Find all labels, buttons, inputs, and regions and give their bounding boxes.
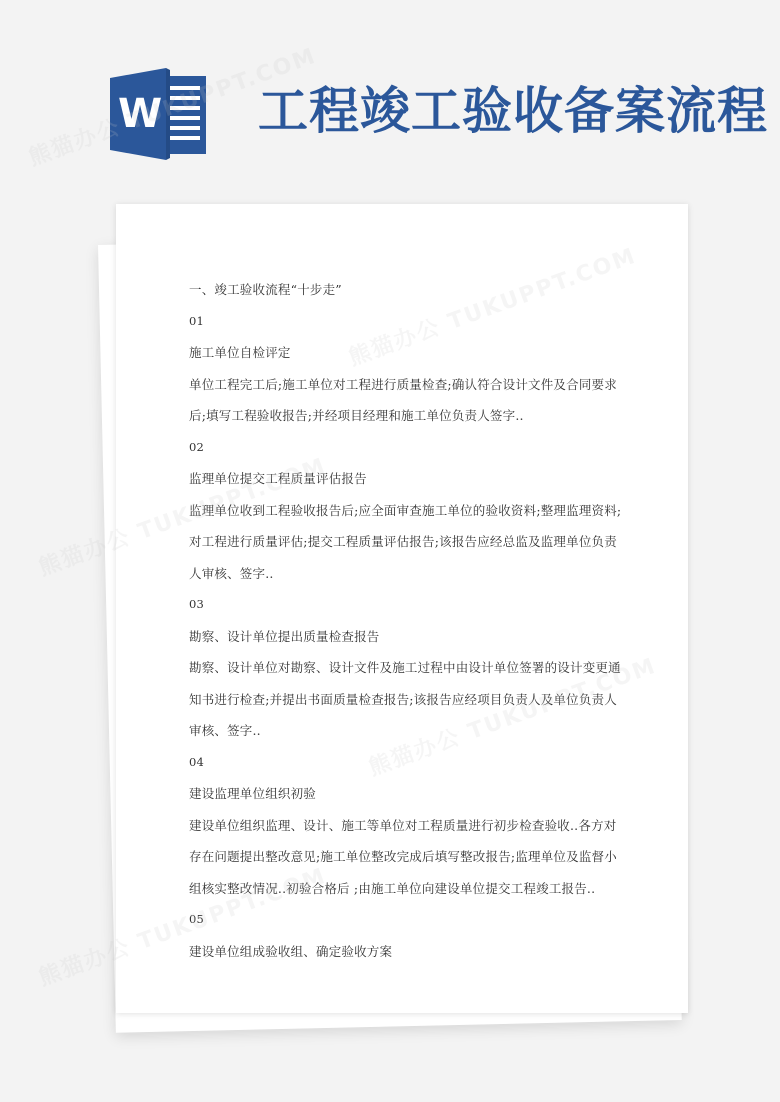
step-number: 04: [189, 747, 639, 779]
step-title: 勘察、设计单位提出质量检查报告: [189, 621, 639, 653]
section-heading: 一、竣工验收流程“十步走”: [189, 274, 639, 306]
word-icon: W: [108, 68, 208, 160]
step-body-line: 监理单位收到工程验收报告后;应全面审查施工单位的验收资料;整理监理资料;: [189, 495, 639, 527]
step-body-line: 对工程进行质量评估;提交工程质量评估报告;该报告应经总监及监理单位负责: [189, 526, 639, 558]
page-title: 工程竣工验收备案流程: [258, 76, 768, 146]
step-body-line: 后;填写工程验收报告;并经项目经理和施工单位负责人签字..: [189, 400, 639, 432]
step-number: 02: [189, 432, 639, 464]
header: W 工程竣工验收备案流程: [0, 0, 780, 190]
step-title: 监理单位提交工程质量评估报告: [189, 463, 639, 495]
step-title: 建设监理单位组织初验: [189, 778, 639, 810]
step-title: 建设单位组成验收组、确定验收方案: [189, 936, 639, 968]
step-number: 03: [189, 589, 639, 621]
step-body-line: 人审核、签字..: [189, 558, 639, 590]
word-icon-letter: W: [118, 90, 162, 138]
step-body-line: 知书进行检查;并提出书面质量检查报告;该报告应经项目负责人及单位负责人: [189, 684, 639, 716]
step-body-line: 组核实整改情况..初验合格后 ;由施工单位向建设单位提交工程竣工报告..: [189, 873, 639, 905]
step-body-line: 单位工程完工后;施工单位对工程进行质量检查;确认符合设计文件及合同要求: [189, 369, 639, 401]
step-number: 05: [189, 904, 639, 936]
step-body-line: 存在问题提出整改意见;施工单位整改完成后填写整改报告;监理单位及监督小: [189, 841, 639, 873]
step-body-line: 建设单位组织监理、设计、施工等单位对工程质量进行初步检查验收..各方对: [189, 810, 639, 842]
step-body-line: 审核、签字..: [189, 715, 639, 747]
step-body-line: 勘察、设计单位对勘察、设计文件及施工过程中由设计单位签署的设计变更通: [189, 652, 639, 684]
step-number: 01: [189, 306, 639, 338]
step-title: 施工单位自检评定: [189, 337, 639, 369]
document-page: 一、竣工验收流程“十步走” 01 施工单位自检评定 单位工程完工后;施工单位对工…: [116, 204, 688, 1013]
document-content: 一、竣工验收流程“十步走” 01 施工单位自检评定 单位工程完工后;施工单位对工…: [189, 274, 639, 967]
